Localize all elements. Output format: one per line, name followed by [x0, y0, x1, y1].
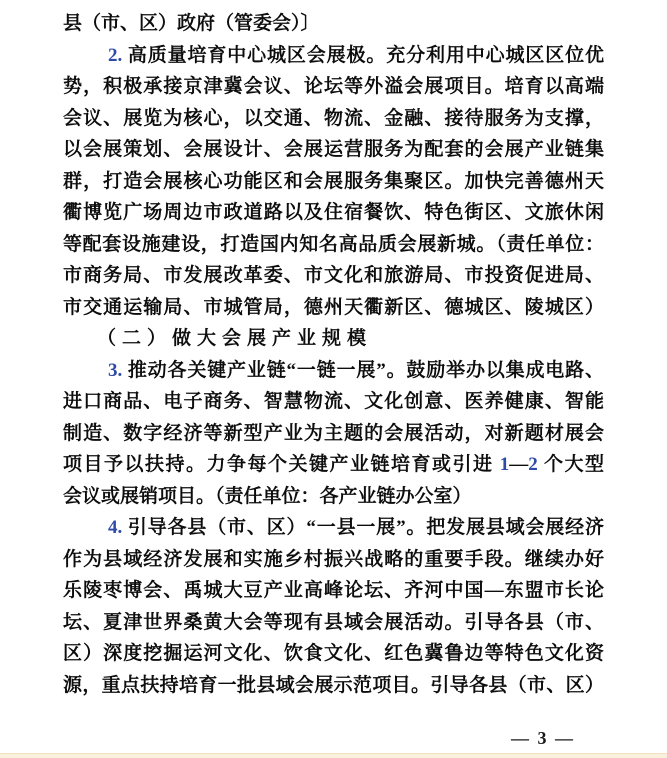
text-segment: （责任单位：	[496, 234, 604, 255]
text-segment: 市商务局、市发展改革委、市文化和旅游局、市投资促进局、	[63, 265, 604, 286]
page-number: — 3 —	[511, 728, 575, 749]
text-segment: 会议、展览为核心，以交通、物流、金融、接待服务为支撑，	[63, 108, 604, 129]
blue-numeral: 3.	[108, 360, 122, 381]
text-segment: 制造、数字经济等新型产业为主题的会展活动，对新题材展会	[63, 423, 604, 444]
text-segment: （责任单位：各产业链办公室）	[215, 486, 472, 507]
text-segment: 作为县域经济发展和实施乡村振兴战略的重要手段。继续办好	[63, 549, 604, 570]
text-segment: 等配套设施建设，打造国内知名高品质会展新城。	[63, 234, 496, 255]
text-line: 2. 高质量培育中心城区会展极。充分利用中心城区区位优	[63, 40, 604, 72]
text-line: 作为县域经济发展和实施乡村振兴战略的重要手段。继续办好	[63, 544, 604, 576]
text-line: 制造、数字经济等新型产业为主题的会展活动，对新题材展会	[63, 418, 604, 450]
text-line: 源，重点扶持培育一批县域会展示范项目。引导各县（市、区）	[63, 670, 604, 702]
text-line: 项目予以扶持。力争每个关键产业链培育或引进 1—2 个大型	[63, 449, 604, 481]
text-segment: —	[509, 454, 528, 475]
text-segment: 高质量培育中心城区会展极。充分利用中心城区区位优	[122, 45, 604, 66]
text-segment: 乐陵枣博会、禹城大豆产业高峰论坛、齐河中国—东盟市长论	[63, 580, 604, 601]
text-line: 区）深度挖掘运河文化、饮食文化、红色冀鲁边等特色文化资	[63, 638, 604, 670]
blue-numeral: 1	[500, 454, 510, 475]
text-line: 等配套设施建设，打造国内知名高品质会展新城。（责任单位：	[63, 229, 604, 261]
text-segment: 市交通运输局、市城管局，德州天衢新区、德城区、陵城区）	[63, 297, 604, 318]
text-segment: 势，积极承接京津冀会议、论坛等外溢会展项目。培育以高端	[63, 76, 604, 97]
blue-numeral: 2.	[108, 45, 122, 66]
text-segment: 推动各关键产业链“一链一展”。鼓励举办以集成电路、	[122, 360, 604, 381]
text-line: 4. 引导各县（市、区）“一县一展”。把发展县域会展经济	[63, 512, 604, 544]
text-segment: 会议或展销项目。	[63, 486, 215, 507]
text-line: 以会展策划、会展设计、会展运营服务为配套的会展产业链集	[63, 134, 604, 166]
text-segment: 衢博览广场周边市政道路以及住宿餐饮、特色街区、文旅休闲	[63, 202, 604, 223]
text-segment: 源，重点扶持培育一批县域会展示范项目。引导各县（市、区）	[63, 675, 604, 696]
blue-numeral: 2	[528, 454, 538, 475]
text-segment: 个大型	[538, 454, 604, 475]
text-segment: （二）做大会展产业规模	[97, 328, 372, 349]
text-line: 势，积极承接京津冀会议、论坛等外溢会展项目。培育以高端	[63, 71, 604, 103]
text-segment: 群，打造会展核心功能区和会展服务集聚区。加快完善德州天	[63, 171, 604, 192]
text-line: 衢博览广场周边市政道路以及住宿餐饮、特色街区、文旅休闲	[63, 197, 604, 229]
text-segment: 进口商品、电子商务、智慧物流、文化创意、医养健康、智能	[63, 391, 604, 412]
text-segment: 县（市、区）政府（管委会）〕	[63, 13, 320, 34]
text-line: 3. 推动各关键产业链“一链一展”。鼓励举办以集成电路、	[63, 355, 604, 387]
text-line: 会议或展销项目。（责任单位：各产业链办公室）	[63, 481, 604, 513]
text-segment: 以会展策划、会展设计、会展运营服务为配套的会展产业链集	[63, 139, 604, 160]
section-heading: （二）做大会展产业规模	[63, 323, 604, 355]
text-line: 进口商品、电子商务、智慧物流、文化创意、医养健康、智能	[63, 386, 604, 418]
document-body: 县（市、区）政府（管委会）〕2. 高质量培育中心城区会展极。充分利用中心城区区位…	[63, 8, 604, 701]
text-line: 市商务局、市发展改革委、市文化和旅游局、市投资促进局、	[63, 260, 604, 292]
text-segment: 区）深度挖掘运河文化、饮食文化、红色冀鲁边等特色文化资	[63, 643, 604, 664]
text-segment: 引导各县（市、区）“一县一展”。把发展县域会展经济	[122, 517, 604, 538]
text-segment: 坛、夏津世界桑黄大会等现有县域会展活动。引导各县（市、	[63, 612, 604, 633]
document-page: 县（市、区）政府（管委会）〕2. 高质量培育中心城区会展极。充分利用中心城区区位…	[0, 0, 667, 758]
text-line: 坛、夏津世界桑黄大会等现有县域会展活动。引导各县（市、	[63, 607, 604, 639]
text-line: 县（市、区）政府（管委会）〕	[63, 8, 604, 40]
text-line: 群，打造会展核心功能区和会展服务集聚区。加快完善德州天	[63, 166, 604, 198]
text-segment: 项目予以扶持。力争每个关键产业链培育或引进	[63, 454, 500, 475]
text-line: 市交通运输局、市城管局，德州天衢新区、德城区、陵城区）	[63, 292, 604, 324]
text-line: 乐陵枣博会、禹城大豆产业高峰论坛、齐河中国—东盟市长论	[63, 575, 604, 607]
text-line: 会议、展览为核心，以交通、物流、金融、接待服务为支撑，	[63, 103, 604, 135]
blue-numeral: 4.	[108, 517, 122, 538]
scan-edge-strip	[0, 753, 667, 758]
